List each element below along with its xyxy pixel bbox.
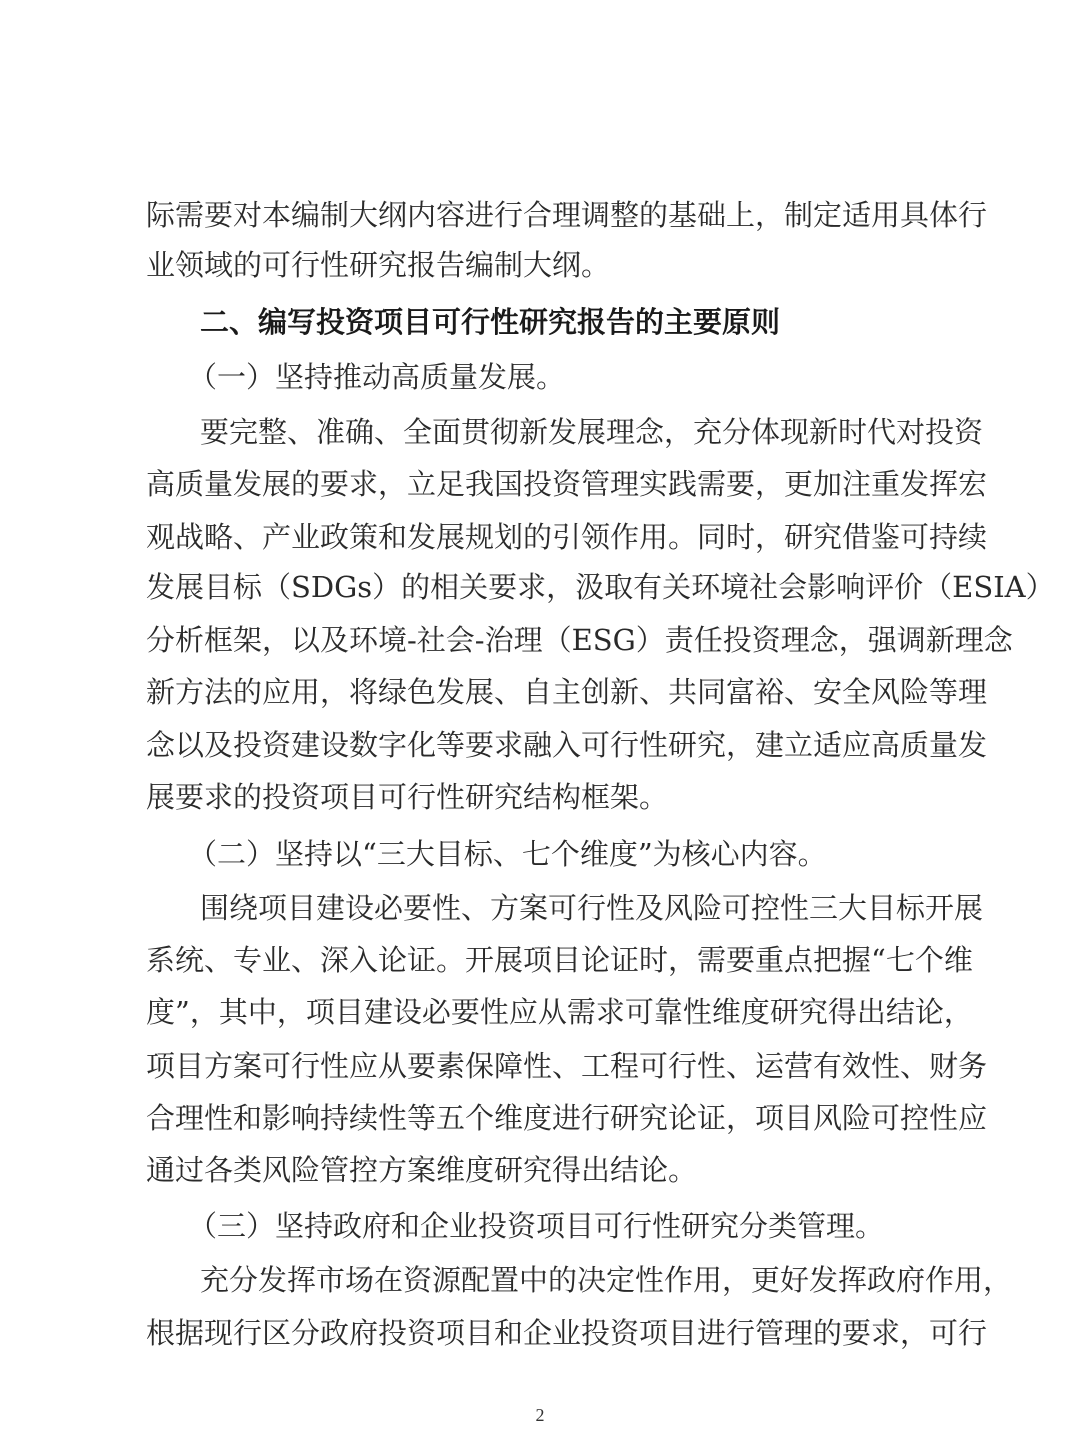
body-line: 新方法的应用，将绿色发展、自主创新、共同富裕、安全风险等理	[146, 672, 934, 712]
body-line: 业领域的可行性研究报告编制大纲。	[146, 245, 934, 285]
subsection-heading: （一）坚持推动高质量发展。	[188, 357, 922, 397]
body-line: 系统、专业、深入论证。开展项目论证时，需要重点把握“七个维	[146, 940, 934, 980]
body-line: 度”，其中，项目建设必要性应从需求可靠性维度研究得出结论，	[146, 992, 934, 1032]
body-line: 念以及投资建设数字化等要求融入可行性研究，建立适应高质量发	[146, 725, 934, 765]
document-page: 际需要对本编制大纲内容进行合理调整的基础上，制定适用具体行 业领域的可行性研究报…	[0, 0, 1080, 1440]
page-number: 2	[0, 1405, 1080, 1426]
body-line: 观战略、产业政策和发展规划的引领作用。同时，研究借鉴可持续	[146, 517, 934, 557]
body-line: 际需要对本编制大纲内容进行合理调整的基础上，制定适用具体行	[146, 195, 934, 235]
section-heading: 二、编写投资项目可行性研究报告的主要原则	[200, 302, 934, 342]
body-line: 合理性和影响持续性等五个维度进行研究论证，项目风险可控性应	[146, 1098, 934, 1138]
subsection-heading: （三）坚持政府和企业投资项目可行性研究分类管理。	[188, 1206, 922, 1246]
body-line: 展要求的投资项目可行性研究结构框架。	[146, 777, 934, 817]
body-line: 高质量发展的要求，立足我国投资管理实践需要，更加注重发挥宏	[146, 464, 934, 504]
body-line: 发展目标（SDGs）的相关要求，汲取有关环境社会影响评价（ESIA）	[146, 567, 934, 607]
body-line: 根据现行区分政府投资项目和企业投资项目进行管理的要求，可行	[146, 1313, 934, 1353]
body-line: 围绕项目建设必要性、方案可行性及风险可控性三大目标开展	[200, 888, 934, 928]
body-line: 通过各类风险管控方案维度研究得出结论。	[146, 1150, 934, 1190]
subsection-heading: （二）坚持以“三大目标、七个维度”为核心内容。	[188, 834, 922, 874]
body-line: 要完整、准确、全面贯彻新发展理念，充分体现新时代对投资	[200, 412, 934, 452]
body-line: 充分发挥市场在资源配置中的决定性作用，更好发挥政府作用，	[200, 1260, 934, 1300]
body-line: 项目方案可行性应从要素保障性、工程可行性、运营有效性、财务	[146, 1046, 934, 1086]
body-line: 分析框架，以及环境-社会-治理（ESG）责任投资理念，强调新理念	[146, 620, 934, 660]
